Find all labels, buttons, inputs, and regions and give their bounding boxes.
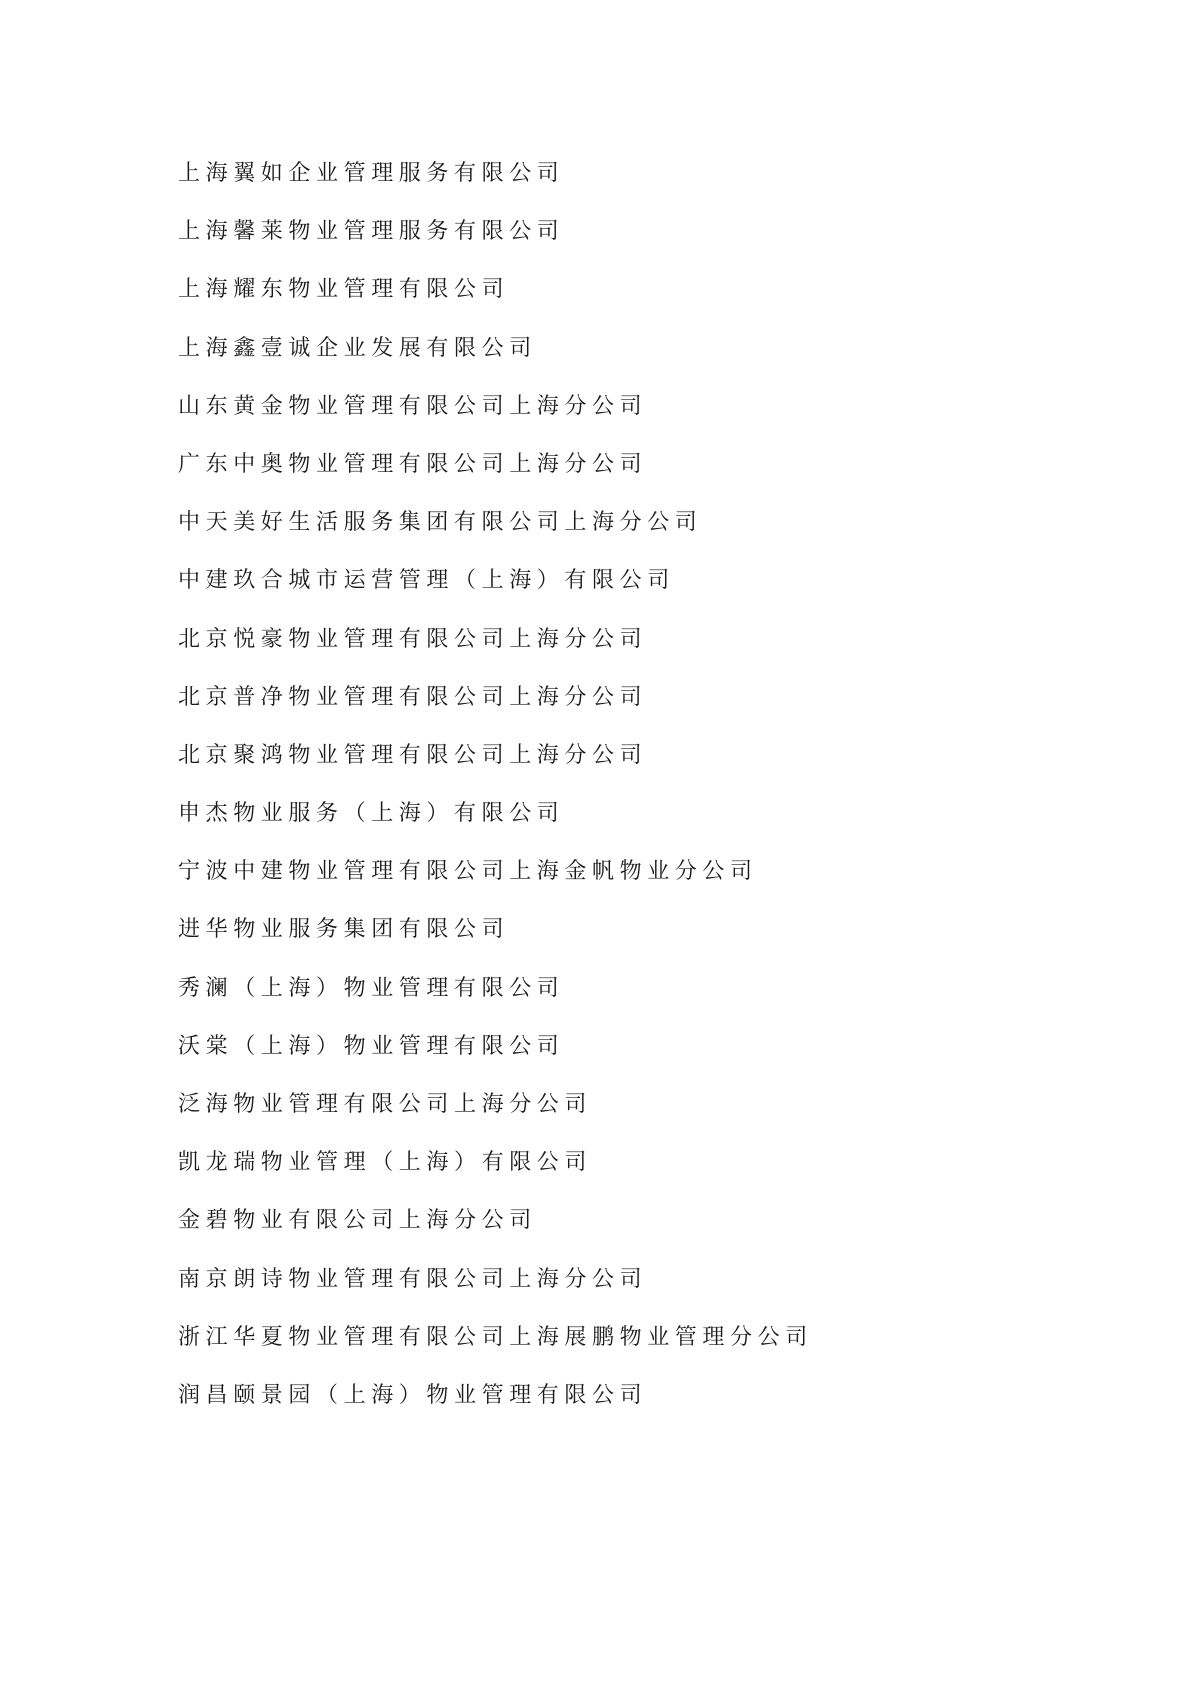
list-item: 上海鑫壹诚企业发展有限公司: [178, 320, 813, 378]
list-item: 北京悦豪物业管理有限公司上海分公司: [178, 611, 813, 669]
company-name: 中天美好生活服务集团有限公司上海分公司: [178, 506, 702, 540]
list-item: 沃棠（上海）物业管理有限公司: [178, 1018, 813, 1076]
list-item: 润昌颐景园（上海）物业管理有限公司: [178, 1367, 813, 1425]
company-name: 南京朗诗物业管理有限公司上海分公司: [178, 1263, 647, 1297]
list-item: 金碧物业有限公司上海分公司: [178, 1192, 813, 1250]
company-name: 泛海物业管理有限公司上海分公司: [178, 1088, 592, 1122]
company-name: 上海鑫壹诚企业发展有限公司: [178, 332, 537, 366]
list-item: 北京普净物业管理有限公司上海分公司: [178, 669, 813, 727]
list-item: 宁波中建物业管理有限公司上海金帆物业分公司: [178, 843, 813, 901]
company-name: 润昌颐景园（上海）物业管理有限公司: [178, 1379, 647, 1413]
company-name: 凯龙瑞物业管理（上海）有限公司: [178, 1146, 592, 1180]
company-name: 金碧物业有限公司上海分公司: [178, 1204, 537, 1238]
company-name: 山东黄金物业管理有限公司上海分公司: [178, 390, 647, 424]
company-name: 浙江华夏物业管理有限公司上海展鹏物业管理分公司: [178, 1321, 813, 1355]
list-item: 上海翼如企业管理服务有限公司: [178, 145, 813, 203]
list-item: 上海馨莱物业管理服务有限公司: [178, 203, 813, 261]
company-name: 上海馨莱物业管理服务有限公司: [178, 215, 564, 249]
company-name: 中建玖合城市运营管理（上海）有限公司: [178, 564, 675, 598]
list-item: 进华物业服务集团有限公司: [178, 901, 813, 959]
company-name: 宁波中建物业管理有限公司上海金帆物业分公司: [178, 855, 758, 889]
company-name: 秀澜（上海）物业管理有限公司: [178, 972, 564, 1006]
list-item: 北京聚鸿物业管理有限公司上海分公司: [178, 727, 813, 785]
company-name: 北京悦豪物业管理有限公司上海分公司: [178, 623, 647, 657]
company-list: 上海翼如企业管理服务有限公司 上海馨莱物业管理服务有限公司 上海耀东物业管理有限…: [178, 145, 813, 1425]
company-name: 上海翼如企业管理服务有限公司: [178, 157, 564, 191]
list-item: 南京朗诗物业管理有限公司上海分公司: [178, 1251, 813, 1309]
company-name: 广东中奥物业管理有限公司上海分公司: [178, 448, 647, 482]
company-name: 沃棠（上海）物业管理有限公司: [178, 1030, 564, 1064]
company-name: 北京聚鸿物业管理有限公司上海分公司: [178, 739, 647, 773]
list-item: 凯龙瑞物业管理（上海）有限公司: [178, 1134, 813, 1192]
company-name: 进华物业服务集团有限公司: [178, 913, 509, 947]
company-name: 上海耀东物业管理有限公司: [178, 273, 509, 307]
list-item: 泛海物业管理有限公司上海分公司: [178, 1076, 813, 1134]
list-item: 浙江华夏物业管理有限公司上海展鹏物业管理分公司: [178, 1309, 813, 1367]
list-item: 秀澜（上海）物业管理有限公司: [178, 960, 813, 1018]
list-item: 申杰物业服务（上海）有限公司: [178, 785, 813, 843]
list-item: 中天美好生活服务集团有限公司上海分公司: [178, 494, 813, 552]
list-item: 中建玖合城市运营管理（上海）有限公司: [178, 552, 813, 610]
company-name: 北京普净物业管理有限公司上海分公司: [178, 681, 647, 715]
list-item: 广东中奥物业管理有限公司上海分公司: [178, 436, 813, 494]
company-name: 申杰物业服务（上海）有限公司: [178, 797, 564, 831]
list-item: 上海耀东物业管理有限公司: [178, 261, 813, 319]
list-item: 山东黄金物业管理有限公司上海分公司: [178, 378, 813, 436]
document-page: 上海翼如企业管理服务有限公司 上海馨莱物业管理服务有限公司 上海耀东物业管理有限…: [0, 0, 1190, 1683]
